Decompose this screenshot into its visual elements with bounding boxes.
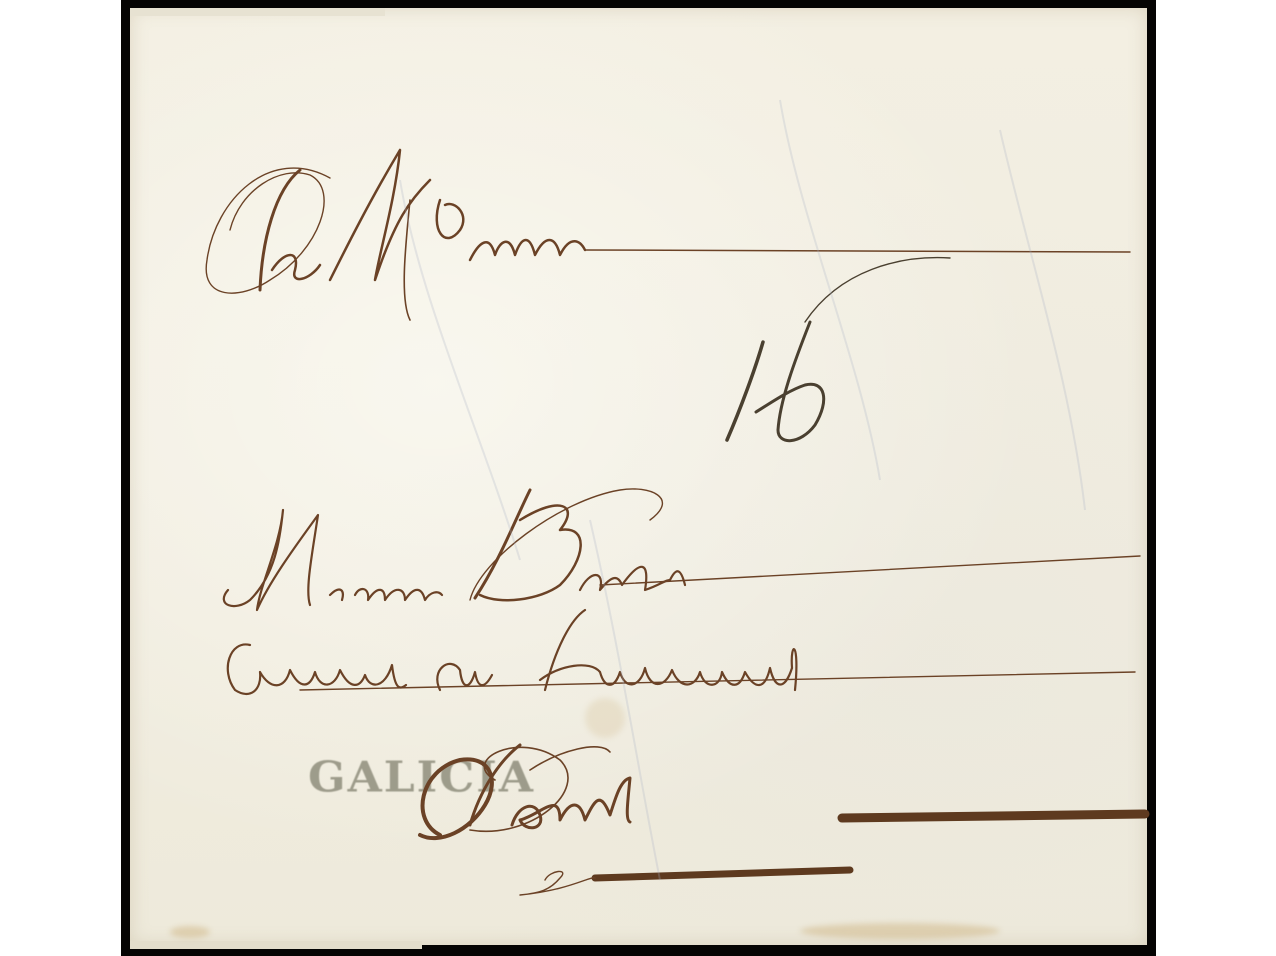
foxing-stain [585, 698, 625, 738]
foxing-stain [170, 926, 210, 938]
galicia-postmark: GALICIA [308, 753, 535, 801]
letter-sheet [130, 8, 1147, 945]
photo-background [121, 0, 1156, 956]
top-flap [130, 8, 385, 16]
bottom-flap [130, 941, 422, 949]
foxing-stain [800, 923, 1000, 939]
